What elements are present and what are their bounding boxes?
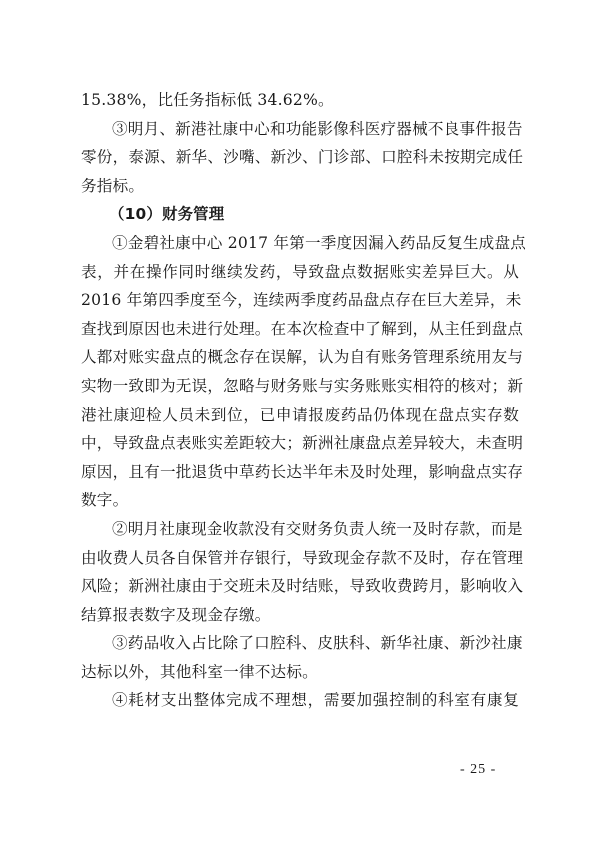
paragraph-line: 港社康迎检人员未到位，已申请报废药品仍体现在盘点实存数 bbox=[81, 401, 519, 430]
paragraph-line: 人都对账实盘点的概念存在误解，认为自有账务管理系统用友与 bbox=[81, 343, 519, 372]
paragraph-line: 实物一致即为无误，忽略与财务账与实务账账实相符的核对；新 bbox=[81, 372, 519, 401]
paragraph-line: 结算报表数字及现金存缴。 bbox=[81, 601, 519, 630]
section-heading: （10）财务管理 bbox=[81, 200, 519, 229]
document-page: 15.38%，比任务指标低 34.62%。 ③明月、新港社康中心和功能影像科医疗… bbox=[0, 0, 600, 850]
paragraph-line: 15.38%，比任务指标低 34.62%。 bbox=[81, 86, 519, 115]
paragraph-line: 由收费人员各自保管并存银行，导致现金存款不及时，存在管理 bbox=[81, 544, 519, 573]
paragraph-line: 零份，泰源、新华、沙嘴、新沙、门诊部、口腔科未按期完成任 bbox=[81, 143, 519, 172]
paragraph-line: 达标以外，其他科室一律不达标。 bbox=[81, 658, 519, 687]
paragraph-line: 务指标。 bbox=[81, 172, 519, 201]
paragraph-line: ③药品收入占比除了口腔科、皮肤科、新华社康、新沙社康 bbox=[81, 629, 519, 658]
paragraph-line: ④耗材支出整体完成不理想，需要加强控制的科室有康复 bbox=[81, 686, 519, 715]
paragraph-line: ①金碧社康中心 2017 年第一季度因漏入药品反复生成盘点 bbox=[81, 229, 519, 258]
paragraph-line: 中，导致盘点表账实差距较大；新洲社康盘点差异较大，未查明 bbox=[81, 429, 519, 458]
paragraph-line: 查找到原因也未进行处理。在本次检查中了解到，从主任到盘点 bbox=[81, 315, 519, 344]
paragraph-line: 2016 年第四季度至今，连续两季度药品盘点存在巨大差异，未 bbox=[81, 286, 519, 315]
page-number: - 25 - bbox=[460, 762, 496, 778]
paragraph-line: 表，并在操作同时继续发药，导致盘点数据账实差异巨大。从 bbox=[81, 258, 519, 287]
paragraph-line: ③明月、新港社康中心和功能影像科医疗器械不良事件报告 bbox=[81, 115, 519, 144]
body-text: 15.38%，比任务指标低 34.62%。 ③明月、新港社康中心和功能影像科医疗… bbox=[81, 86, 519, 715]
paragraph-line: ②明月社康现金收款没有交财务负责人统一及时存款，而是 bbox=[81, 515, 519, 544]
paragraph-line: 数字。 bbox=[81, 486, 519, 515]
paragraph-line: 风险；新洲社康由于交班未及时结账，导致收费跨月，影响收入 bbox=[81, 572, 519, 601]
paragraph-line: 原因，且有一批退货中草药长达半年未及时处理，影响盘点实存 bbox=[81, 458, 519, 487]
